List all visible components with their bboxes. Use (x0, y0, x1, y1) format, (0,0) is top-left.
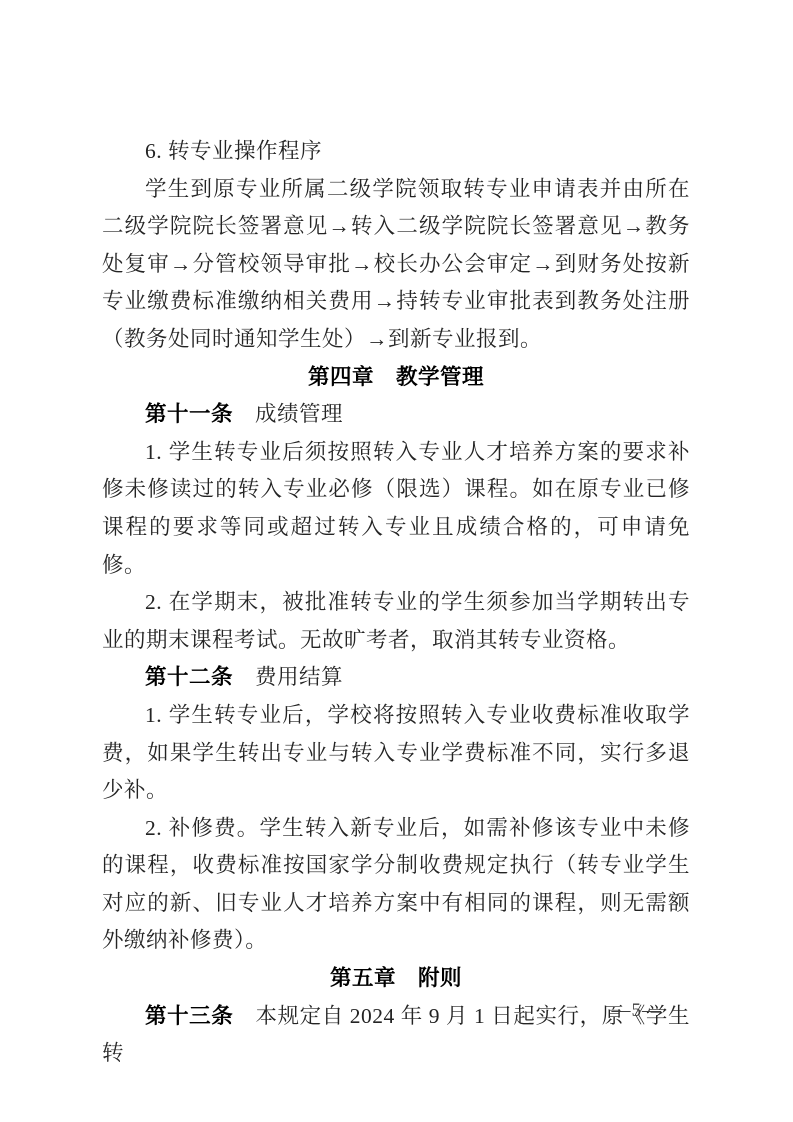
article-13-number: 第十三条 (145, 1004, 233, 1028)
paragraph-procedure-title: 6. 转专业操作程序 (102, 133, 690, 171)
paragraph-article-11-item-2: 2. 在学期末，被批准转专业的学生须参加当学期转出专业的期末课程考试。无故旷考者… (102, 584, 690, 659)
page-number: —5— (612, 999, 663, 1023)
chapter-4-heading: 第四章 教学管理 (102, 359, 690, 397)
paragraph-procedure-flow: 学生到原专业所属二级学院领取转专业申请表并由所在二级学院院长签署意见→转入二级学… (102, 171, 690, 359)
article-12: 第十二条 费用结算 (102, 659, 690, 697)
article-11: 第十一条 成绩管理 (102, 396, 690, 434)
paragraph-article-12-item-1: 1. 学生转专业后，学校将按照转入专业收费标准收取学费，如果学生转出专业与转入专… (102, 697, 690, 810)
paragraph-article-11-item-1: 1. 学生转专业后须按照转入专业人才培养方案的要求补修未修读过的转入专业必修（限… (102, 434, 690, 584)
article-13: 第十三条 本规定自 2024 年 9 月 1 日起实行，原《学生转 (102, 998, 690, 1073)
article-12-title: 费用结算 (233, 665, 343, 689)
article-11-title: 成绩管理 (233, 402, 343, 426)
document-page: 6. 转专业操作程序 学生到原专业所属二级学院领取转专业申请表并由所在二级学院院… (0, 0, 793, 1122)
article-12-number: 第十二条 (145, 665, 233, 689)
article-11-number: 第十一条 (145, 402, 233, 426)
paragraph-article-12-item-2: 2. 补修费。学生转入新专业后，如需补修该专业中未修的课程，收费标准按国家学分制… (102, 810, 690, 960)
chapter-5-heading: 第五章 附则 (102, 960, 690, 998)
document-body: 6. 转专业操作程序 学生到原专业所属二级学院领取转专业申请表并由所在二级学院院… (102, 133, 690, 1073)
